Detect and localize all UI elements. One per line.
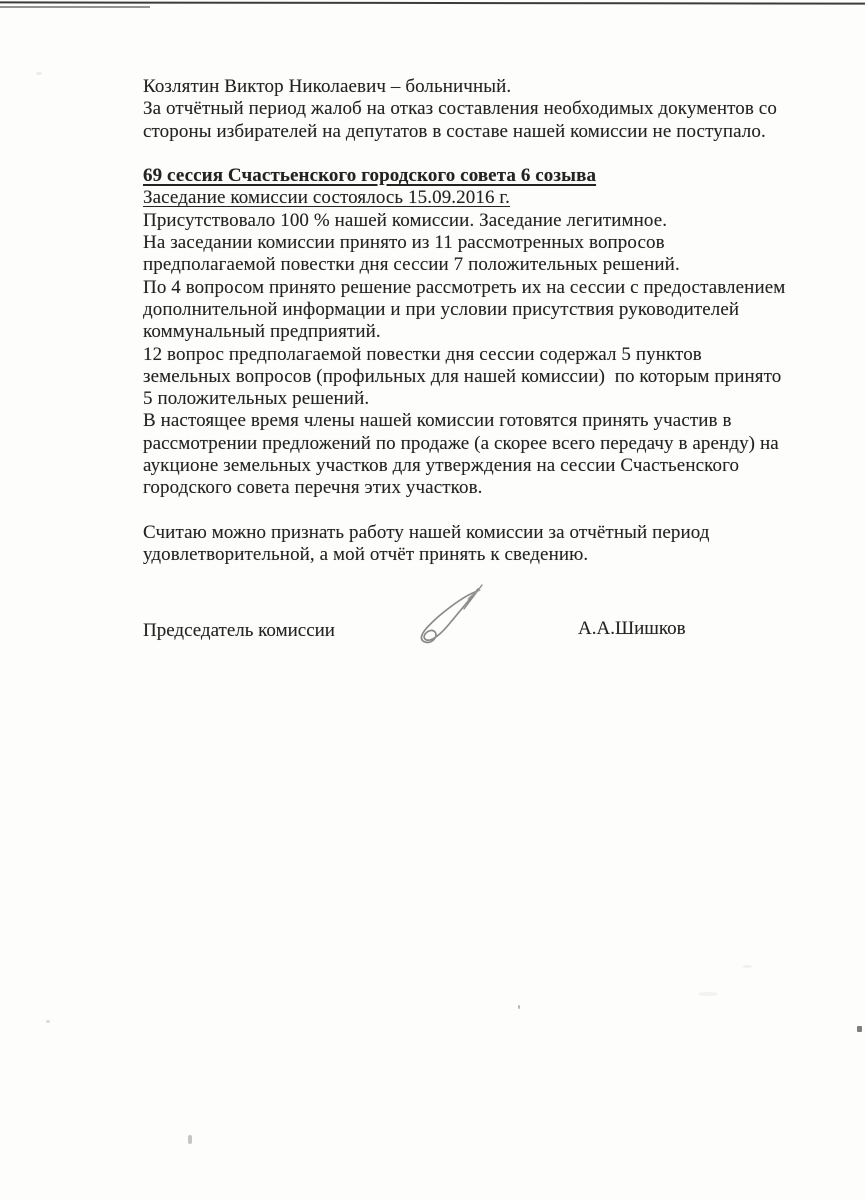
text-line: 5 положительных решений. [143, 388, 808, 410]
scan-speck [188, 1135, 192, 1144]
scan-speck [46, 1020, 50, 1023]
blank-line [143, 143, 808, 165]
scan-speck [857, 1026, 862, 1032]
text-line: городского совета перечня этих участков. [143, 477, 808, 499]
section-subheading: Заседание комиссии состоялось 15.09.2016… [143, 187, 808, 209]
text-line: земельных вопросов (профильных для нашей… [143, 366, 808, 388]
scanned-document-page: Козлятин Виктор Николаевич – больничный.… [0, 0, 865, 1200]
scan-speck [742, 965, 752, 968]
section-heading: 69 сессия Счастьенского городского совет… [143, 165, 808, 187]
document-body: Козлятин Виктор Николаевич – больничный.… [143, 76, 808, 567]
scan-edge-artifact [0, 1, 865, 4]
text-line: Присутствовало 100 % нашей комиссии. Зас… [143, 210, 808, 232]
text-line: В настоящее время члены нашей комиссии г… [143, 410, 808, 432]
text-line: По 4 вопросом принято решение рассмотрет… [143, 277, 808, 299]
text-line: рассмотрении предложений по продаже (а с… [143, 433, 808, 455]
text-line: Считаю можно признать работу нашей комис… [143, 522, 808, 544]
blank-line [143, 500, 808, 522]
text-line: аукционе земельных участков для утвержде… [143, 455, 808, 477]
text-line: коммунальный предприятий. [143, 321, 808, 343]
text-line: За отчётный период жалоб на отказ состав… [143, 98, 808, 120]
scan-speck [36, 72, 42, 75]
signature-name: А.А.Шишков [578, 618, 686, 640]
text-line: дополнительной информации и при условии … [143, 299, 808, 321]
signature-role-label: Председатель комиссии [143, 620, 335, 642]
text-line: удовлетворительной, а мой отчёт принять … [143, 544, 808, 566]
text-line: На заседании комиссии принято из 11 расс… [143, 232, 808, 254]
text-line: Козлятин Виктор Николаевич – больничный. [143, 76, 808, 98]
scan-speck [698, 992, 718, 996]
scan-speck [518, 1005, 520, 1009]
text-line: 12 вопрос предполагаемой повестки дня се… [143, 344, 808, 366]
text-line: предполагаемой повестки дня сессии 7 пол… [143, 254, 808, 276]
signature-scribble [402, 583, 492, 663]
text-line: стороны избирателей на депутатов в соста… [143, 121, 808, 143]
scan-edge-artifact-secondary [0, 6, 150, 8]
